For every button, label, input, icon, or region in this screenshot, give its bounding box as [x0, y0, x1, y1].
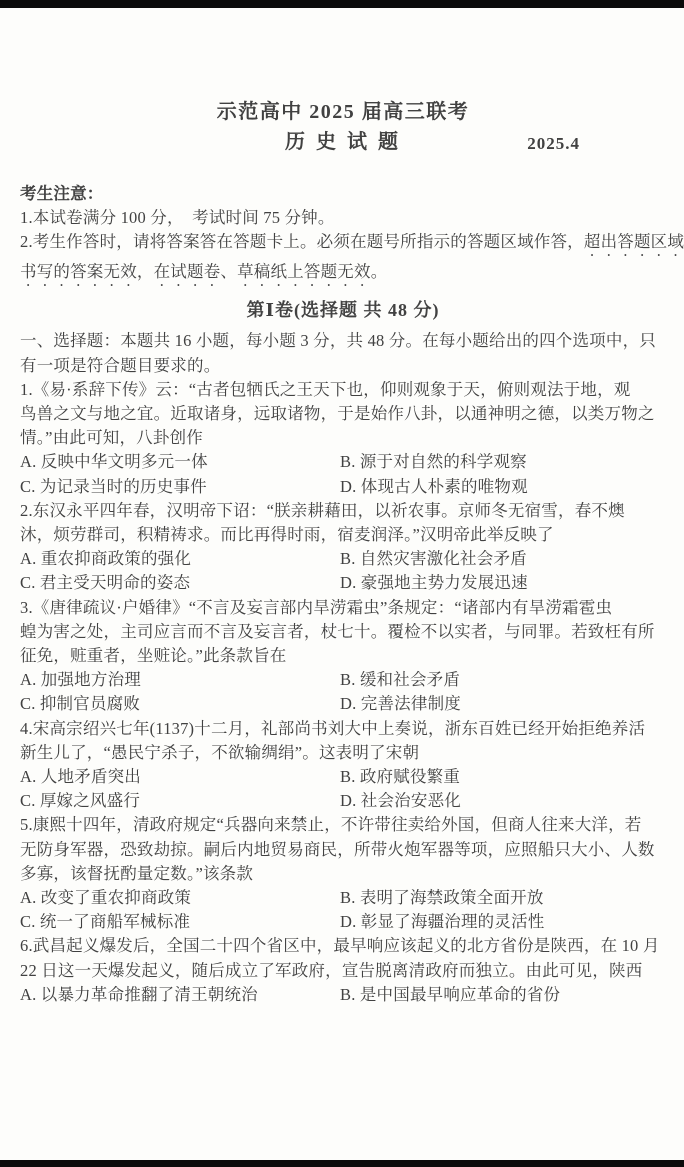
exam-subject-title: 历 史 试 题	[285, 131, 401, 153]
option-c: C. 厚嫁之风盛行	[20, 789, 340, 813]
question-stem-line: 1.《易·系辞下传》云：“古者包牺氏之王天下也，仰则观象于天，俯则观法于地，观	[20, 378, 666, 402]
notice-item-2-line-2: 书写的答案无效，在试题卷、草稿纸上答题无效。	[20, 260, 666, 290]
question-stem-line: 2.东汉永平四年春，汉明帝下诏：“朕亲耕藉田，以祈农事。京师冬无宿雪，春不燠	[20, 499, 666, 523]
question-stem-line: 无防身军器，恐致劫掠。嗣后内地贸易商民，所带火炮军器等项，应照船只大小、人数	[20, 838, 666, 862]
notice-item-1: 1.本试卷满分 100 分， 考试时间 75 分钟。	[20, 206, 666, 230]
option-a: A. 以暴力革命推翻了清王朝统治	[20, 983, 340, 1007]
notice-item-2-emphasized-text: 超出答题区域	[584, 232, 684, 251]
option-b: B. 自然灾害激化社会矛盾	[340, 547, 666, 571]
options-row: A. 反映中华文明多元一体 B. 源于对自然的科学观察	[20, 450, 666, 474]
option-c: C. 君主受天明命的姿态	[20, 571, 340, 595]
question-stem-line: 3.《唐律疏议·户婚律》“不言及妄言部内旱涝霜虫”条规定：“诸部内有旱涝霜雹虫	[20, 596, 666, 620]
options-row: C. 君主受天明命的姿态 D. 豪强地主势力发展迅速	[20, 571, 666, 595]
option-b: B. 是中国最早响应革命的省份	[340, 983, 666, 1007]
options-row: A. 人地矛盾突出 B. 政府赋役繁重	[20, 765, 666, 789]
question-stem-line: 新生儿了，“愚民宁杀子，不欲输绸绢”。这表明了宋朝	[20, 741, 666, 765]
options-row: A. 加强地方治理 B. 缓和社会矛盾	[20, 668, 666, 692]
question-4: 4.宋高宗绍兴七年(1137)十二月，礼部尚书刘大中上奏说，浙东百姓已经开始拒绝…	[20, 717, 666, 814]
options-row: C. 为记录当时的历史事件 D. 体现古人朴素的唯物观	[20, 475, 666, 499]
options-row: A. 以暴力革命推翻了清王朝统治 B. 是中国最早响应革命的省份	[20, 983, 666, 1007]
question-stem-line: 22 日这一天爆发起义，随后成立了军政府，宣告脱离清政府而独立。由此可见，陕西	[20, 959, 666, 983]
question-stem-line: 沐，烦劳群司，积精祷求。而比再得时雨，宿麦润泽。”汉明帝此举反映了	[20, 523, 666, 547]
options-row: C. 抑制官员腐败 D. 完善法律制度	[20, 692, 666, 716]
option-d: D. 豪强地主势力发展迅速	[340, 571, 666, 595]
option-a: A. 加强地方治理	[20, 668, 340, 692]
question-stem-line: 6.武昌起义爆发后，全国二十四个省区中，最早响应该起义的北方省份是陕西，在 10…	[20, 934, 666, 958]
photo-top-black-bar	[0, 0, 684, 8]
option-c: C. 统一了商船军械标准	[20, 910, 340, 934]
exam-paper-photo: 示范高中 2025 届高三联考 历 史 试 题 2025.4 考生注意： 1.本…	[0, 0, 684, 1167]
section-1-heading: 第Ⅰ卷(选择题 共 48 分)	[20, 298, 666, 322]
notice-heading: 考生注意：	[20, 182, 666, 206]
photo-bottom-black-bar	[0, 1160, 684, 1167]
options-row: A. 改变了重农抑商政策 B. 表明了海禁政策全面开放	[20, 886, 666, 910]
question-1: 1.《易·系辞下传》云：“古者包牺氏之王天下也，仰则观象于天，俯则观法于地，观 …	[20, 378, 666, 499]
option-c: C. 为记录当时的历史事件	[20, 475, 340, 499]
option-d: D. 彰显了海疆治理的灵活性	[340, 910, 666, 934]
options-row: A. 重农抑商政策的强化 B. 自然灾害激化社会矛盾	[20, 547, 666, 571]
option-a: A. 重农抑商政策的强化	[20, 547, 340, 571]
notice-item-2-normal-text: 。	[371, 262, 388, 281]
exam-date: 2025.4	[527, 131, 580, 157]
question-2: 2.东汉永平四年春，汉明帝下诏：“朕亲耕藉田，以祈农事。京师冬无宿雪，春不燠 沐…	[20, 499, 666, 596]
question-stem-line: 情。”由此可知，八卦创作	[20, 426, 666, 450]
question-5: 5.康熙十四年，清政府规定“兵器向来禁止，不许带往卖给外国，但商人往来大洋，若 …	[20, 813, 666, 934]
option-b: B. 源于对自然的科学观察	[340, 450, 666, 474]
option-d: D. 社会治安恶化	[340, 789, 666, 813]
question-6: 6.武昌起义爆发后，全国二十四个省区中，最早响应该起义的北方省份是陕西，在 10…	[20, 934, 666, 1007]
option-a: A. 改变了重农抑商政策	[20, 886, 340, 910]
notice-item-2-normal-text: 2.考生作答时，请将答案答在答题卡上。必须在题号所指示的答题区域作答，	[20, 232, 584, 251]
question-stem-line: 鸟兽之文与地之宜。近取诸身，远取诸物，于是始作八卦，以通神明之德，以类万物之	[20, 402, 666, 426]
question-stem-line: 蝗为害之处，主司应言而不言及妄言者，杖七十。覆检不以实者，与同罪。若致枉有所	[20, 620, 666, 644]
option-d: D. 完善法律制度	[340, 692, 666, 716]
notice-item-2-emphasized-text: 书写的答案无效，在试题卷、草稿纸上答题无效	[20, 262, 371, 281]
exam-title: 示范高中 2025 届高三联考	[20, 100, 666, 124]
option-a: A. 人地矛盾突出	[20, 765, 340, 789]
exam-paper-content: 示范高中 2025 届高三联考 历 史 试 题 2025.4 考生注意： 1.本…	[20, 8, 666, 1160]
question-3: 3.《唐律疏议·户婚律》“不言及妄言部内旱涝霜虫”条规定：“诸部内有旱涝霜雹虫 …	[20, 596, 666, 717]
section-1-instructions-line-1: 一、选择题：本题共 16 小题，每小题 3 分，共 48 分。在每小题给出的四个…	[20, 329, 666, 353]
option-b: B. 表明了海禁政策全面开放	[340, 886, 666, 910]
question-stem-line: 多寡，该督抚酌量定数。”该条款	[20, 862, 666, 886]
options-row: C. 统一了商船军械标准 D. 彰显了海疆治理的灵活性	[20, 910, 666, 934]
option-c: C. 抑制官员腐败	[20, 692, 340, 716]
question-stem-line: 征免，赃重者，坐赃论。”此条款旨在	[20, 644, 666, 668]
exam-subtitle-row: 历 史 试 题 2025.4	[20, 129, 666, 156]
question-stem-line: 5.康熙十四年，清政府规定“兵器向来禁止，不许带往卖给外国，但商人往来大洋，若	[20, 813, 666, 837]
section-1-instructions-line-2: 有一项是符合题目要求的。	[20, 354, 666, 378]
notice-item-2-line-1: 2.考生作答时，请将答案答在答题卡上。必须在题号所指示的答题区域作答，超出答题区…	[20, 230, 666, 260]
option-b: B. 政府赋役繁重	[340, 765, 666, 789]
options-row: C. 厚嫁之风盛行 D. 社会治安恶化	[20, 789, 666, 813]
option-b: B. 缓和社会矛盾	[340, 668, 666, 692]
option-d: D. 体现古人朴素的唯物观	[340, 475, 666, 499]
question-stem-line: 4.宋高宗绍兴七年(1137)十二月，礼部尚书刘大中上奏说，浙东百姓已经开始拒绝…	[20, 717, 666, 741]
option-a: A. 反映中华文明多元一体	[20, 450, 340, 474]
